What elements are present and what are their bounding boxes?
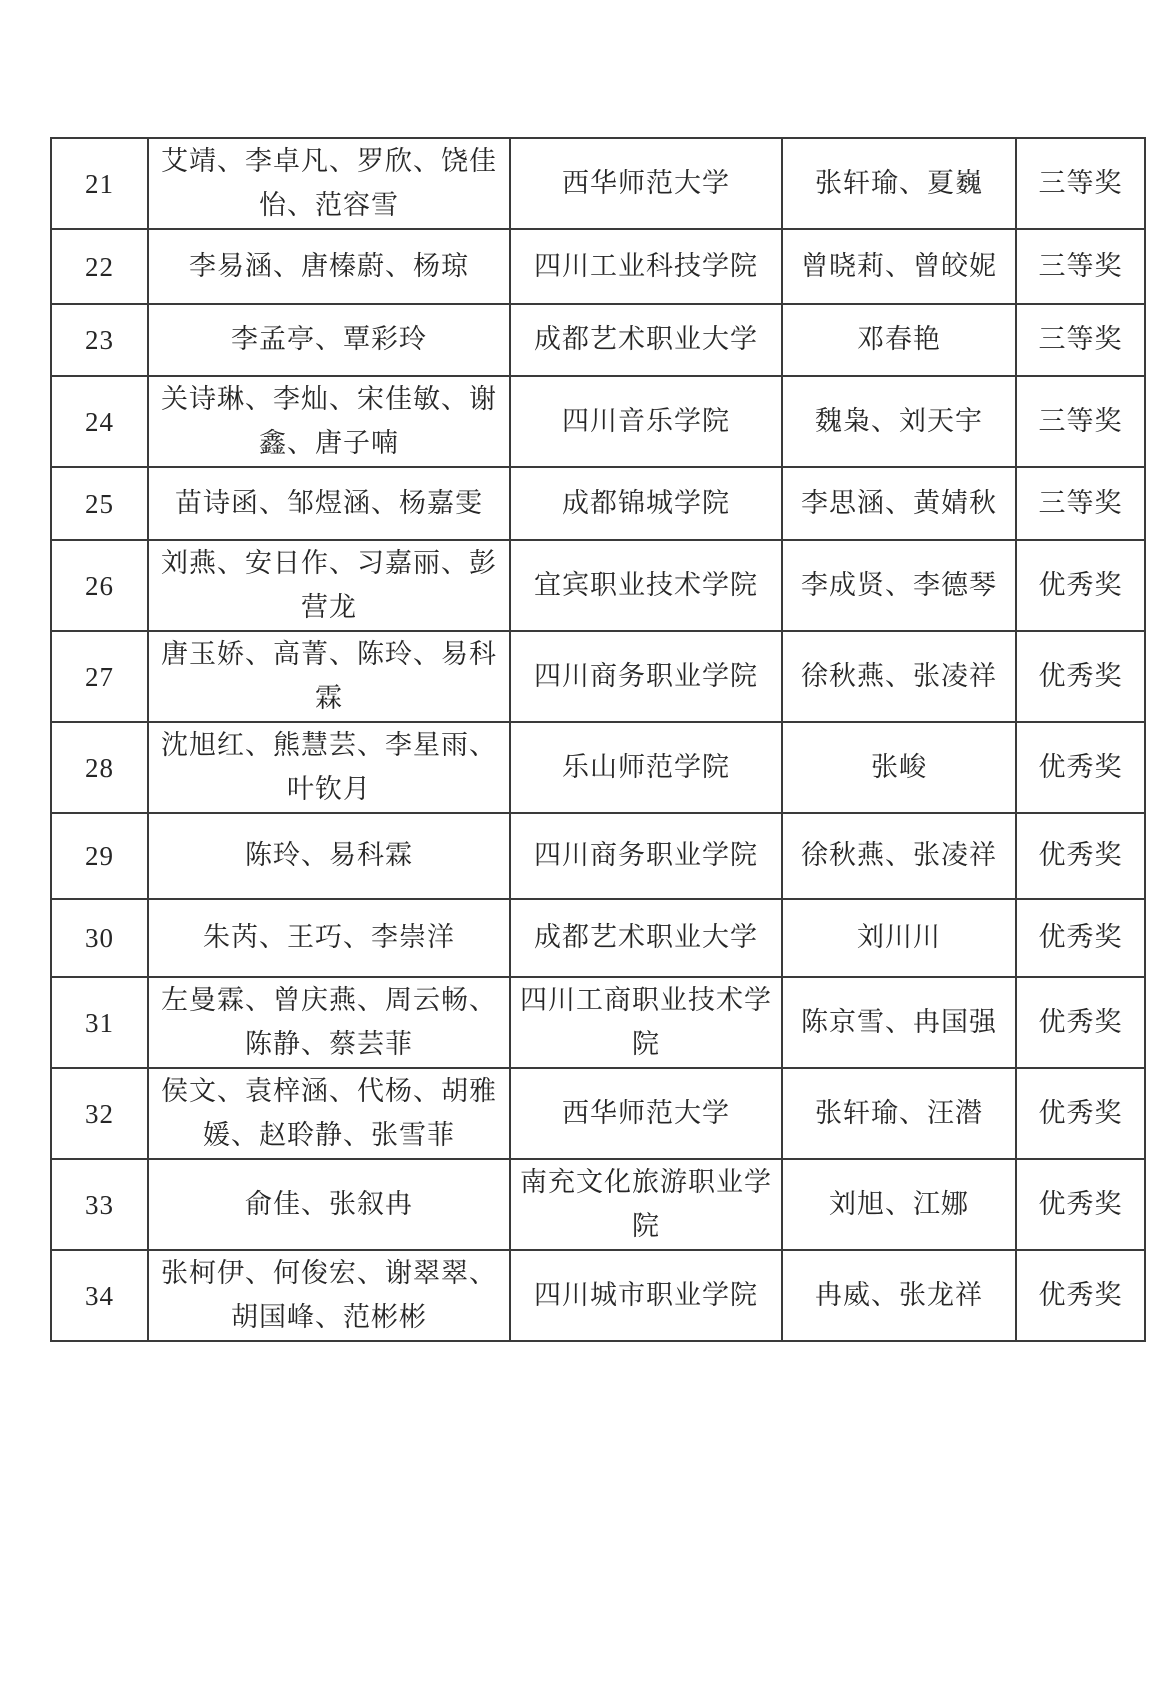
table-row: 27 唐玉娇、高菁、陈玲、易科霖 四川商务职业学院 徐秋燕、张凌祥 优秀奖 <box>51 631 1145 722</box>
table-row: 30 朱芮、王巧、李崇洋 成都艺术职业大学 刘川川 优秀奖 <box>51 899 1145 977</box>
table-row: 25 苗诗函、邹煜涵、杨嘉雯 成都锦城学院 李思涵、黄婧秋 三等奖 <box>51 467 1145 540</box>
cell-number: 27 <box>51 631 148 722</box>
cell-award: 三等奖 <box>1016 138 1145 229</box>
cell-award: 优秀奖 <box>1016 899 1145 977</box>
cell-school: 四川商务职业学院 <box>510 631 782 722</box>
cell-award: 优秀奖 <box>1016 722 1145 813</box>
cell-number: 26 <box>51 540 148 631</box>
table-row: 21 艾靖、李卓凡、罗欣、饶佳怡、范容雪 西华师范大学 张轩瑜、夏巍 三等奖 <box>51 138 1145 229</box>
cell-school: 南充文化旅游职业学院 <box>510 1159 782 1250</box>
cell-award: 三等奖 <box>1016 229 1145 304</box>
table-row: 32 侯文、袁梓涵、代杨、胡雅媛、赵聆静、张雪菲 西华师范大学 张轩瑜、汪潜 优… <box>51 1068 1145 1159</box>
cell-advisor: 李思涵、黄婧秋 <box>782 467 1016 540</box>
cell-members: 艾靖、李卓凡、罗欣、饶佳怡、范容雪 <box>148 138 510 229</box>
cell-school: 四川工业科技学院 <box>510 229 782 304</box>
table-row: 34 张柯伊、何俊宏、谢翠翠、胡国峰、范彬彬 四川城市职业学院 冉威、张龙祥 优… <box>51 1250 1145 1341</box>
cell-number: 30 <box>51 899 148 977</box>
cell-number: 24 <box>51 376 148 467</box>
cell-school: 宜宾职业技术学院 <box>510 540 782 631</box>
cell-advisor: 徐秋燕、张凌祥 <box>782 813 1016 899</box>
table-row: 22 李易涵、唐榛蔚、杨琼 四川工业科技学院 曾晓莉、曾皎妮 三等奖 <box>51 229 1145 304</box>
awards-table: 21 艾靖、李卓凡、罗欣、饶佳怡、范容雪 西华师范大学 张轩瑜、夏巍 三等奖 2… <box>50 137 1146 1342</box>
cell-advisor: 陈京雪、冉国强 <box>782 977 1016 1068</box>
cell-number: 33 <box>51 1159 148 1250</box>
cell-advisor: 魏枭、刘天宇 <box>782 376 1016 467</box>
cell-members: 张柯伊、何俊宏、谢翠翠、胡国峰、范彬彬 <box>148 1250 510 1341</box>
cell-award: 优秀奖 <box>1016 813 1145 899</box>
cell-advisor: 李成贤、李德琴 <box>782 540 1016 631</box>
cell-school: 西华师范大学 <box>510 138 782 229</box>
table-row: 33 俞佳、张叙冉 南充文化旅游职业学院 刘旭、江娜 优秀奖 <box>51 1159 1145 1250</box>
cell-number: 22 <box>51 229 148 304</box>
cell-advisor: 曾晓莉、曾皎妮 <box>782 229 1016 304</box>
awards-table-body: 21 艾靖、李卓凡、罗欣、饶佳怡、范容雪 西华师范大学 张轩瑜、夏巍 三等奖 2… <box>51 138 1145 1341</box>
cell-school: 西华师范大学 <box>510 1068 782 1159</box>
cell-award: 三等奖 <box>1016 304 1145 376</box>
cell-award: 优秀奖 <box>1016 1159 1145 1250</box>
cell-advisor: 张轩瑜、汪潜 <box>782 1068 1016 1159</box>
cell-number: 32 <box>51 1068 148 1159</box>
table-row: 31 左曼霖、曾庆燕、周云畅、陈静、蔡芸菲 四川工商职业技术学院 陈京雪、冉国强… <box>51 977 1145 1068</box>
cell-school: 成都艺术职业大学 <box>510 304 782 376</box>
cell-award: 优秀奖 <box>1016 977 1145 1068</box>
table-row: 23 李孟亭、覃彩玲 成都艺术职业大学 邓春艳 三等奖 <box>51 304 1145 376</box>
cell-members: 李易涵、唐榛蔚、杨琼 <box>148 229 510 304</box>
cell-members: 沈旭红、熊慧芸、李星雨、叶钦月 <box>148 722 510 813</box>
cell-advisor: 张峻 <box>782 722 1016 813</box>
cell-members: 陈玲、易科霖 <box>148 813 510 899</box>
cell-number: 31 <box>51 977 148 1068</box>
document-page: 21 艾靖、李卓凡、罗欣、饶佳怡、范容雪 西华师范大学 张轩瑜、夏巍 三等奖 2… <box>0 0 1176 1696</box>
cell-number: 28 <box>51 722 148 813</box>
cell-number: 21 <box>51 138 148 229</box>
table-row: 29 陈玲、易科霖 四川商务职业学院 徐秋燕、张凌祥 优秀奖 <box>51 813 1145 899</box>
cell-members: 侯文、袁梓涵、代杨、胡雅媛、赵聆静、张雪菲 <box>148 1068 510 1159</box>
cell-number: 25 <box>51 467 148 540</box>
table-row: 26 刘燕、安日作、习嘉丽、彭营龙 宜宾职业技术学院 李成贤、李德琴 优秀奖 <box>51 540 1145 631</box>
cell-number: 34 <box>51 1250 148 1341</box>
cell-members: 刘燕、安日作、习嘉丽、彭营龙 <box>148 540 510 631</box>
cell-school: 四川城市职业学院 <box>510 1250 782 1341</box>
cell-school: 成都锦城学院 <box>510 467 782 540</box>
cell-award: 三等奖 <box>1016 376 1145 467</box>
cell-members: 关诗琳、李灿、宋佳敏、谢鑫、唐子喃 <box>148 376 510 467</box>
cell-members: 唐玉娇、高菁、陈玲、易科霖 <box>148 631 510 722</box>
cell-school: 乐山师范学院 <box>510 722 782 813</box>
cell-award: 三等奖 <box>1016 467 1145 540</box>
cell-members: 李孟亭、覃彩玲 <box>148 304 510 376</box>
cell-members: 左曼霖、曾庆燕、周云畅、陈静、蔡芸菲 <box>148 977 510 1068</box>
cell-school: 四川商务职业学院 <box>510 813 782 899</box>
cell-school: 成都艺术职业大学 <box>510 899 782 977</box>
cell-members: 朱芮、王巧、李崇洋 <box>148 899 510 977</box>
cell-advisor: 刘川川 <box>782 899 1016 977</box>
cell-number: 23 <box>51 304 148 376</box>
cell-advisor: 张轩瑜、夏巍 <box>782 138 1016 229</box>
table-row: 24 关诗琳、李灿、宋佳敏、谢鑫、唐子喃 四川音乐学院 魏枭、刘天宇 三等奖 <box>51 376 1145 467</box>
cell-award: 优秀奖 <box>1016 631 1145 722</box>
cell-advisor: 冉威、张龙祥 <box>782 1250 1016 1341</box>
cell-award: 优秀奖 <box>1016 540 1145 631</box>
cell-advisor: 邓春艳 <box>782 304 1016 376</box>
cell-award: 优秀奖 <box>1016 1250 1145 1341</box>
cell-advisor: 徐秋燕、张凌祥 <box>782 631 1016 722</box>
cell-number: 29 <box>51 813 148 899</box>
table-row: 28 沈旭红、熊慧芸、李星雨、叶钦月 乐山师范学院 张峻 优秀奖 <box>51 722 1145 813</box>
cell-school: 四川音乐学院 <box>510 376 782 467</box>
cell-school: 四川工商职业技术学院 <box>510 977 782 1068</box>
cell-members: 俞佳、张叙冉 <box>148 1159 510 1250</box>
cell-members: 苗诗函、邹煜涵、杨嘉雯 <box>148 467 510 540</box>
cell-advisor: 刘旭、江娜 <box>782 1159 1016 1250</box>
cell-award: 优秀奖 <box>1016 1068 1145 1159</box>
